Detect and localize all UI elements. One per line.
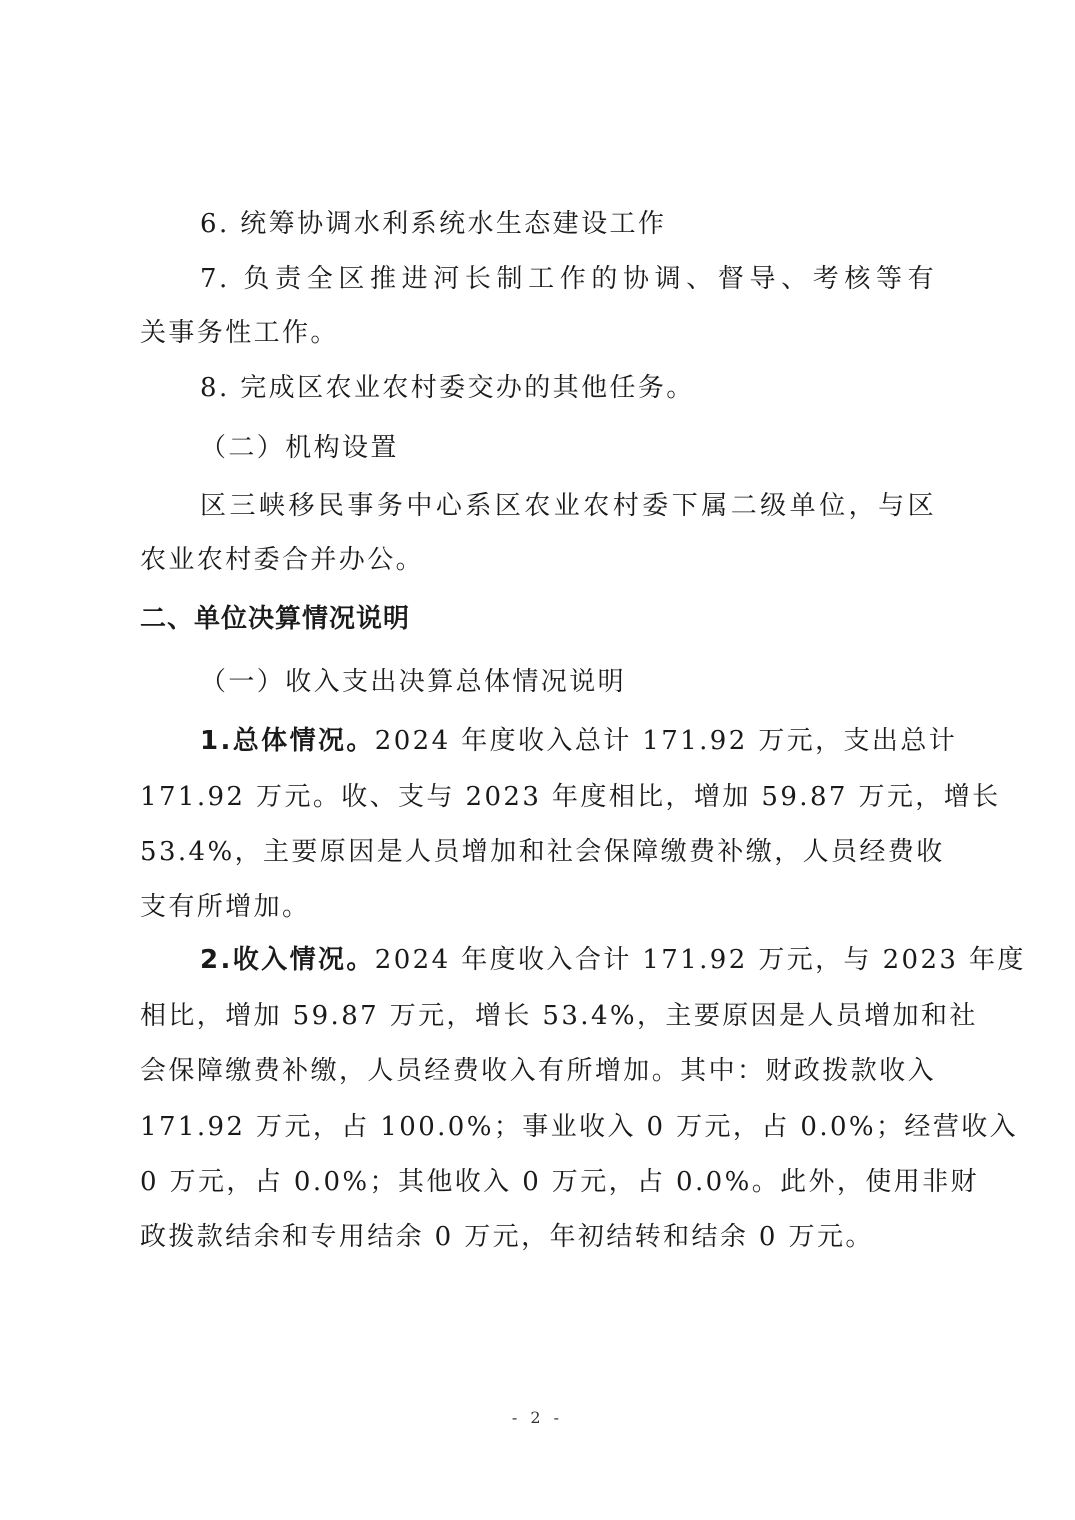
overall-paragraph-line-2: 171.92 万元。收、支与 2023 年度相比，增加 59.87 万元，增长 [140,780,936,814]
overall-paragraph-line-4: 支有所增加。 [140,890,936,924]
duty-item-8: 8. 完成区农业农村委交办的其他任务。 [200,371,936,405]
income-paragraph-line-2: 相比，增加 59.87 万元，增长 53.4%，主要原因是人员增加和社 [140,999,936,1033]
overall-paragraph-line-1: 1.总体情况。2024 年度收入总计 171.92 万元，支出总计 [200,724,936,758]
page-number: - 2 - [0,1408,1075,1427]
organization-paragraph-line-1: 区三峡移民事务中心系区农业农村委下属二级单位，与区 [200,489,936,523]
section-heading-organization: （二）机构设置 [200,431,936,465]
income-label: 2.收入情况。 [200,945,375,975]
duty-item-7-line-2: 关事务性工作。 [140,316,936,350]
document-page: 6. 统筹协调水利系统水生态建设工作 7. 负责全区推进河长制工作的协调、督导、… [0,0,1075,1520]
duty-item-6: 6. 统筹协调水利系统水生态建设工作 [200,207,936,241]
overall-label: 1.总体情况。 [200,726,375,756]
income-paragraph-line-6: 政拨款结余和专用结余 0 万元，年初结转和结余 0 万元。 [140,1220,936,1254]
section-heading-final-accounts: 二、单位决算情况说明 [140,602,936,636]
income-line-1-text: 2024 年度收入合计 171.92 万元，与 2023 年度 [375,945,1026,975]
overall-paragraph-line-3: 53.4%，主要原因是人员增加和社会保障缴费补缴，人员经费收 [140,835,936,869]
income-paragraph-line-3: 会保障缴费补缴，人员经费收入有所增加。其中：财政拨款收入 [140,1054,936,1088]
income-paragraph-line-5: 0 万元，占 0.0%；其他收入 0 万元，占 0.0%。此外，使用非财 [140,1165,936,1199]
income-paragraph-line-1: 2.收入情况。2024 年度收入合计 171.92 万元，与 2023 年度 [200,943,936,977]
subsection-heading-income-expense: （一）收入支出决算总体情况说明 [200,665,936,699]
duty-item-7-line-1: 7. 负责全区推进河长制工作的协调、督导、考核等有 [200,262,936,296]
income-paragraph-line-4: 171.92 万元，占 100.0%；事业收入 0 万元，占 0.0%；经营收入 [140,1110,936,1144]
organization-paragraph-line-2: 农业农村委合并办公。 [140,543,936,577]
overall-line-1-text: 2024 年度收入总计 171.92 万元，支出总计 [375,726,957,756]
